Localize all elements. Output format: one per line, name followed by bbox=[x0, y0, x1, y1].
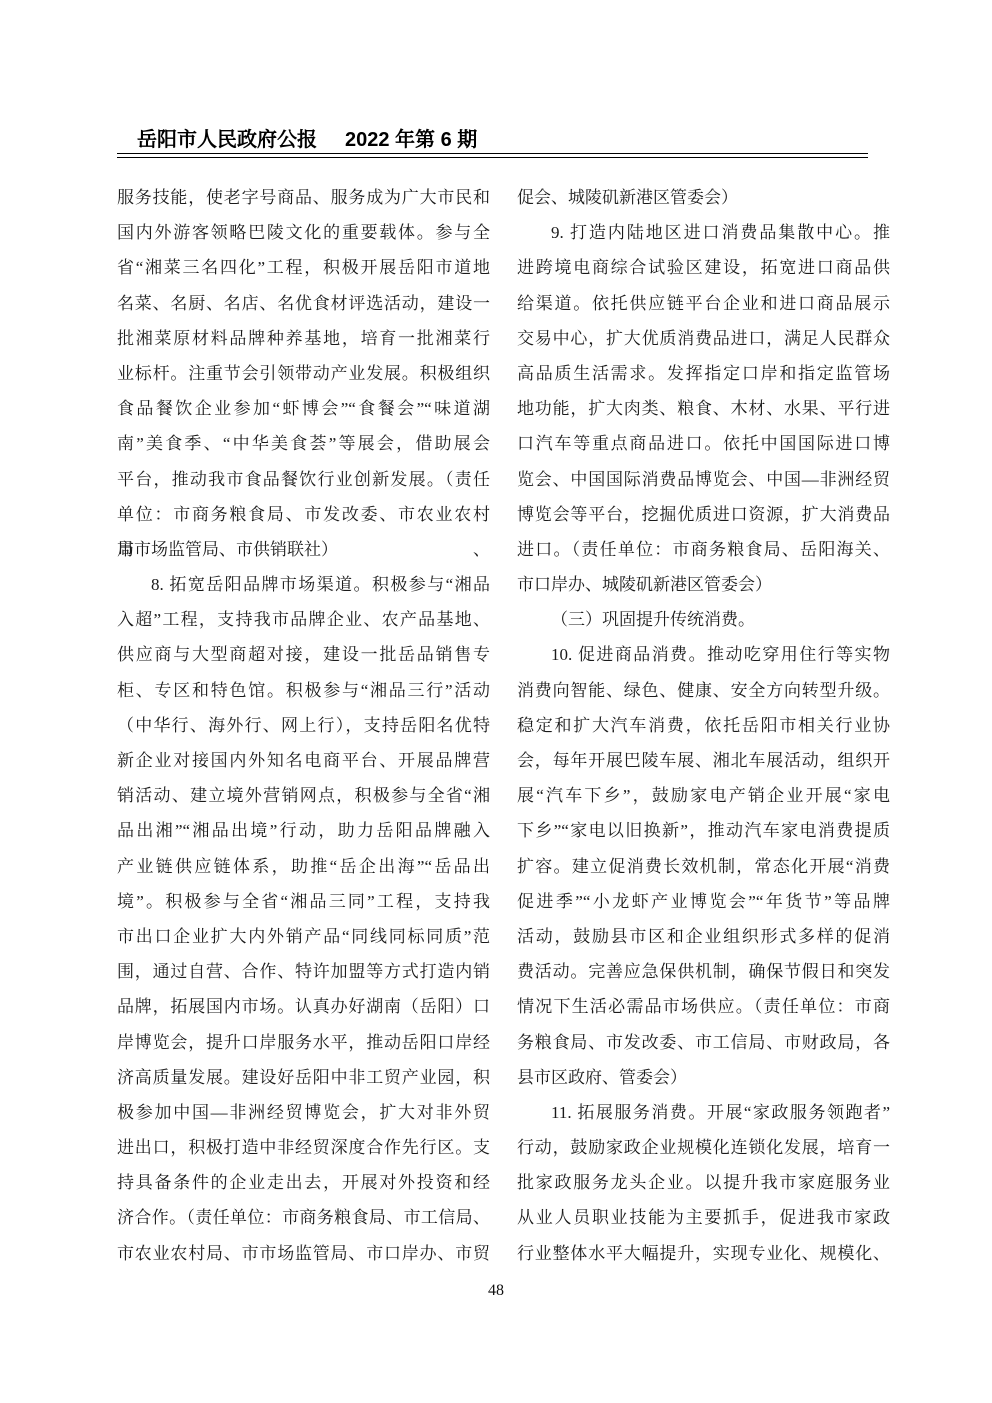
page-footer: 48 bbox=[0, 1282, 992, 1300]
page-header: 岳阳市人民政府公报2022 年第 6 期 bbox=[137, 128, 477, 152]
text-line: 名菜、名厨、名店、名优食材评选活动，建设一 bbox=[117, 286, 490, 321]
publication-title: 岳阳市人民政府公报 bbox=[137, 129, 317, 151]
text-line: 境”。积极参与全省“湘品三同”工程，支持我 bbox=[117, 884, 490, 919]
text-line: 下乡”“家电以旧换新”，推动汽车家电消费提质 bbox=[517, 813, 890, 848]
text-line: 展“汽车下乡”，鼓励家电产销企业开展“家电 bbox=[517, 778, 890, 813]
text-line: 务粮食局、市发改委、市工信局、市财政局，各 bbox=[517, 1025, 890, 1060]
text-line: 进跨境电商综合试验区建设，拓宽进口商品供 bbox=[517, 250, 890, 285]
text-line: 8. 拓宽岳阳品牌市场渠道。积极参与“湘品 bbox=[117, 567, 490, 602]
text-line: （三）巩固提升传统消费。 bbox=[517, 602, 890, 637]
text-line: 新企业对接国内外知名电商平台、开展品牌营 bbox=[117, 743, 490, 778]
text-line: 进出口，积极打造中非经贸深度合作先行区。支 bbox=[117, 1130, 490, 1165]
text-line: 岸博览会，提升口岸服务水平，推动岳阳口岸经 bbox=[117, 1025, 490, 1060]
text-line: 费活动。完善应急保供机制，确保节假日和突发 bbox=[517, 954, 890, 989]
text-line: 市农业农村局、市市场监管局、市口岸办、市贸 bbox=[117, 1236, 490, 1271]
text-line: 平台，推动我市食品餐饮行业创新发展。（责任 bbox=[117, 462, 490, 497]
text-line: 济高质量发展。建设好岳阳中非工贸产业园，积 bbox=[117, 1060, 490, 1095]
issue-label: 2022 年第 6 期 bbox=[345, 129, 477, 151]
text-line: 行动，鼓励家政企业规模化连锁化发展，培育一 bbox=[517, 1130, 890, 1165]
text-line: 国内外游客领略巴陵文化的重要载体。参与全 bbox=[117, 215, 490, 250]
text-line: 品出湘”“湘品出境”行动，助力岳阳品牌融入 bbox=[117, 813, 490, 848]
header-rule bbox=[117, 153, 868, 158]
text-line: 产业链供应链体系，助推“岳企出海”“岳品出 bbox=[117, 849, 490, 884]
text-line: 销活动、建立境外营销网点，积极参与全省“湘 bbox=[117, 778, 490, 813]
text-line: 会，每年开展巴陵车展、湘北车展活动，组织开 bbox=[517, 743, 890, 778]
gazette-page: 岳阳市人民政府公报2022 年第 6 期 服务技能，使老字号商品、服务成为广大市… bbox=[0, 0, 992, 1403]
right-column: 促会、城陵矶新港区管委会）9. 打造内陆地区进口消费品集散中心。推进跨境电商综合… bbox=[517, 180, 890, 1271]
left-column: 服务技能，使老字号商品、服务成为广大市民和国内外游客领略巴陵文化的重要载体。参与… bbox=[117, 180, 490, 1271]
text-line: 地功能，扩大肉类、粮食、木材、水果、平行进 bbox=[517, 391, 890, 426]
text-line: 从业人员职业技能为主要抓手，促进我市家政 bbox=[517, 1200, 890, 1235]
text-line: 扩容。建立促消费长效机制，常态化开展“消费 bbox=[517, 849, 890, 884]
text-line: 围，通过自营、合作、特许加盟等方式打造内销 bbox=[117, 954, 490, 989]
text-line: 进口。（责任单位：市商务粮食局、岳阳海关、 bbox=[517, 532, 890, 567]
text-line: 柜、专区和特色馆。积极参与“湘品三行”活动 bbox=[117, 673, 490, 708]
text-line: 入超”工程，支持我市品牌企业、农产品基地、 bbox=[117, 602, 490, 637]
text-line: 极参加中国—非洲经贸博览会，扩大对非外贸 bbox=[117, 1095, 490, 1130]
text-line: 高品质生活需求。发挥指定口岸和指定监管场 bbox=[517, 356, 890, 391]
text-line: 省“湘菜三名四化”工程，积极开展岳阳市道地 bbox=[117, 250, 490, 285]
text-line: 11. 拓展服务消费。开展“家政服务领跑者” bbox=[517, 1095, 890, 1130]
text-line: 市口岸办、城陵矶新港区管委会） bbox=[517, 567, 890, 602]
text-line: 博览会等平台，挖掘优质进口资源，扩大消费品 bbox=[517, 497, 890, 532]
text-line: 行业整体水平大幅提升，实现专业化、规模化、 bbox=[517, 1236, 890, 1271]
text-line: 情况下生活必需品市场供应。（责任单位：市商 bbox=[517, 989, 890, 1024]
text-line: 供应商与大型商超对接，建设一批岳品销售专 bbox=[117, 637, 490, 672]
text-line: 南”美食季、“中华美食荟”等展会，借助展会 bbox=[117, 426, 490, 461]
page-number: 48 bbox=[488, 1282, 504, 1299]
text-line: 口汽车等重点商品进口。依托中国国际进口博 bbox=[517, 426, 890, 461]
text-line: 市出口企业扩大内外销产品“同线同标同质”范 bbox=[117, 919, 490, 954]
text-line: 10. 促进商品消费。推动吃穿用住行等实物 bbox=[517, 637, 890, 672]
text-line: 消费向智能、绿色、健康、安全方向转型升级。 bbox=[517, 673, 890, 708]
text-line: 食品餐饮企业参加“虾博会”“食餐会”“味道湖 bbox=[117, 391, 490, 426]
text-line: 批家政服务龙头企业。以提升我市家庭服务业 bbox=[517, 1165, 890, 1200]
text-line: 活动，鼓励县市区和企业组织形式多样的促消 bbox=[517, 919, 890, 954]
text-line: 品牌，拓展国内市场。认真办好湖南（岳阳）口 bbox=[117, 989, 490, 1024]
text-line: 服务技能，使老字号商品、服务成为广大市民和 bbox=[117, 180, 490, 215]
text-line: 单位：市商务粮食局、市发改委、市农业农村局、 bbox=[117, 497, 490, 532]
text-line: 业标杆。注重节会引领带动产业发展。积极组织 bbox=[117, 356, 490, 391]
text-line: （中华行、海外行、网上行），支持岳阳名优特 bbox=[117, 708, 490, 743]
text-line: 促进季”“小龙虾产业博览会”“年货节”等品牌 bbox=[517, 884, 890, 919]
text-line: 批湘菜原材料品牌种养基地，培育一批湘菜行 bbox=[117, 321, 490, 356]
text-line: 县市区政府、管委会） bbox=[517, 1060, 890, 1095]
text-line: 交易中心，扩大优质消费品进口，满足人民群众 bbox=[517, 321, 890, 356]
text-line: 持具备条件的企业走出去，开展对外投资和经 bbox=[117, 1165, 490, 1200]
text-line: 济合作。（责任单位：市商务粮食局、市工信局、 bbox=[117, 1200, 490, 1235]
text-line: 9. 打造内陆地区进口消费品集散中心。推 bbox=[517, 215, 890, 250]
text-line: 稳定和扩大汽车消费，依托岳阳市相关行业协 bbox=[517, 708, 890, 743]
text-line: 览会、中国国际消费品博览会、中国—非洲经贸 bbox=[517, 462, 890, 497]
text-line: 促会、城陵矶新港区管委会） bbox=[517, 180, 890, 215]
text-line: 给渠道。依托供应链平台企业和进口商品展示 bbox=[517, 286, 890, 321]
document-body: 服务技能，使老字号商品、服务成为广大市民和国内外游客领略巴陵文化的重要载体。参与… bbox=[117, 180, 890, 1271]
